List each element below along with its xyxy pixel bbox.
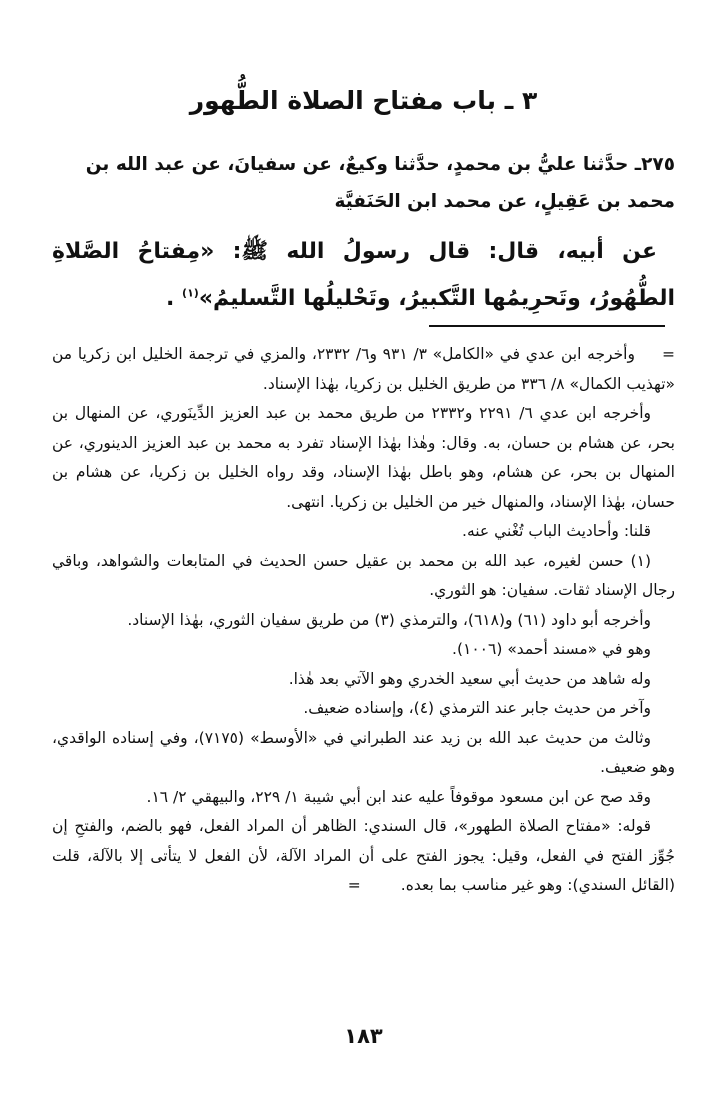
footnote-paragraph: وأخرجه أبو داود (٦١) و(٦١٨)، والترمذي (٣… [52,606,675,636]
footnote-1: (١) حسن لغيره، عبد الله بن محمد بن عقيل … [52,547,675,606]
footnote-paragraph: قوله: «مفتاح الصلاة الطهور»، قال السندي:… [52,812,675,901]
hadith-matn-end: . [166,286,174,311]
continuation-mark: = [635,340,675,370]
hadith-matn-text: عن أبيه، قال: قال رسولُ الله ﷺ: «مِفتاحُ… [52,239,675,311]
hadith-isnad-line1: ٢٧٥ـ حدَّثنا عليُّ بن محمدٍ، حدَّثنا وكي… [52,146,675,183]
footnotes-section: =وأخرجه ابن عدي في «الكامل» ٣/ ٩٣١ و٦/ ٢… [52,340,675,901]
chapter-title: ٣ ـ باب مفتاح الصلاة الطُّهور [52,84,675,118]
hadith-isnad-line2: محمد بن عَقِيلٍ، عن محمد ابن الحَنَفيَّة [52,183,675,220]
footnote-paragraph: وأخرجه ابن عدي ٦/ ٢٢٩١ و٢٣٣٢ من طريق محم… [52,399,675,517]
footnote-paragraph: وله شاهد من حديث أبي سعيد الخدري وهو الآ… [52,665,675,695]
footnote-reference[interactable]: (١) [182,287,199,300]
footnote-paragraph: قلنا: وأحاديث الباب تُغْني عنه. [52,517,675,547]
hadith-block: ٢٧٥ـ حدَّثنا عليُّ بن محمدٍ، حدَّثنا وكي… [52,146,675,322]
footnote-paragraph: وقد صح عن ابن مسعود موقوفاً عليه عند ابن… [52,783,675,813]
book-page: ٣ ـ باب مفتاح الصلاة الطُّهور ٢٧٥ـ حدَّث… [52,0,675,1107]
footnote-paragraph: وهو في «مسند أحمد» (١٠٠٦). [52,635,675,665]
footnote-paragraph: =وأخرجه ابن عدي في «الكامل» ٣/ ٩٣١ و٦/ ٢… [52,340,675,399]
footnote-paragraph: وآخر من حديث جابر عند الترمذي (٤)، وإسنا… [52,694,675,724]
hadith-matn: عن أبيه، قال: قال رسولُ الله ﷺ: «مِفتاحُ… [52,228,675,322]
footnote-separator [429,325,665,327]
page-number: ١٨٣ [52,1024,675,1048]
continuation-mark-end: = [348,871,385,901]
footnote-paragraph: وثالث من حديث عبد الله بن زيد عند الطبرا… [52,724,675,783]
